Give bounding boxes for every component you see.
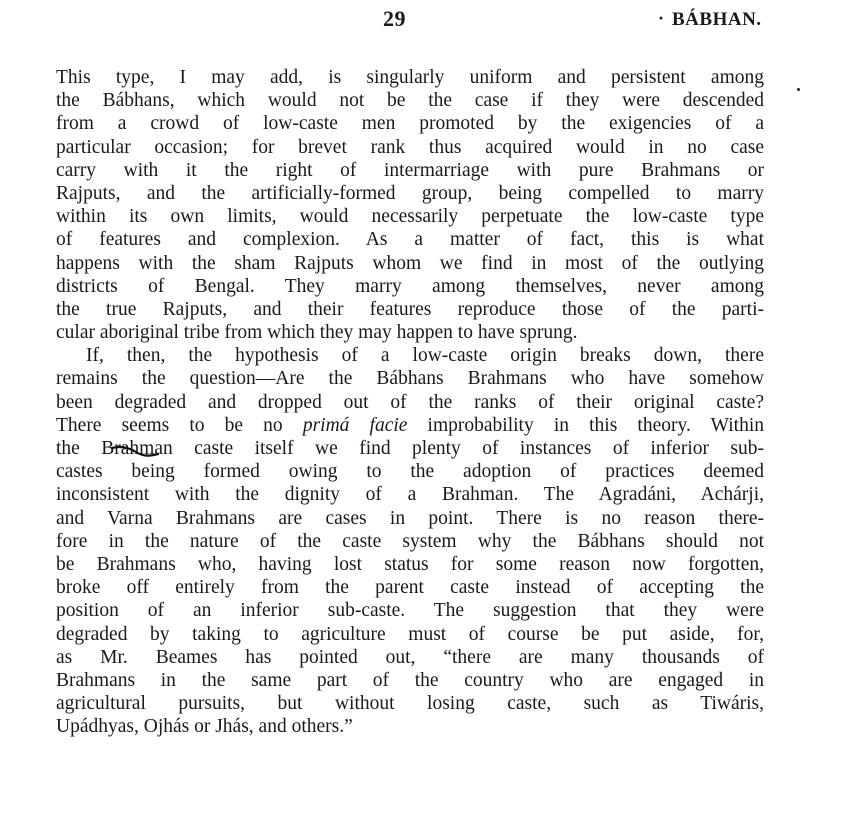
- text-line: particular occasion; for brevet rank thu…: [56, 136, 764, 159]
- text-line: inconsistent with the dignity of a Brahm…: [56, 483, 764, 506]
- text-line: been degraded and dropped out of the ran…: [56, 391, 764, 414]
- text-line-with-italic: There seems to be no primá facie improba…: [56, 414, 764, 437]
- text-line: broke off entirely from the parent caste…: [56, 576, 764, 599]
- text-line: position of an inferior sub-caste. The s…: [56, 599, 764, 622]
- text-line: the Bábhans, which would not be the case…: [56, 89, 764, 112]
- text-line: fore in the nature of the caste system w…: [56, 530, 764, 553]
- text-line: carry with it the right of intermarriage…: [56, 159, 764, 182]
- page-number: 29: [383, 6, 406, 32]
- text-line: Brahmans in the same part of the country…: [56, 669, 764, 692]
- text-span: improbability in this theory. Within: [407, 415, 764, 436]
- text-line: and Varna Brahmans are cases in point. T…: [56, 507, 764, 530]
- text-line: happens with the sham Rajputs whom we fi…: [56, 252, 764, 275]
- scanned-book-page: 29 · BÁBHAN. This type, I may add, is si…: [0, 0, 847, 831]
- text-line: Rajputs, and the artificially-formed gro…: [56, 182, 764, 205]
- text-line: degraded by taking to agriculture must o…: [56, 623, 764, 646]
- text-line: This type, I may add, is singularly unif…: [56, 66, 764, 89]
- text-line: agricultural pursuits, but without losin…: [56, 692, 764, 715]
- text-line-paragraph-end: Upádhyas, Ojhás or Jhás, and others.”: [56, 715, 764, 738]
- text-line: from a crowd of low-caste men promoted b…: [56, 112, 764, 135]
- text-span: There seems to be no: [56, 415, 303, 436]
- text-line: be Brahmans who, having lost status for …: [56, 553, 764, 576]
- text-line: as Mr. Beames has pointed out, “there ar…: [56, 646, 764, 669]
- text-line-paragraph-end: cular aboriginal tribe from which they m…: [56, 321, 764, 344]
- body-text: This type, I may add, is singularly unif…: [56, 66, 764, 738]
- text-line: the true Rajputs, and their features rep…: [56, 298, 764, 321]
- running-head: BÁBHAN.: [672, 9, 762, 31]
- text-line: within its own limits, would necessarily…: [56, 205, 764, 228]
- text-line: castes being formed owing to the adoptio…: [56, 460, 764, 483]
- text-line: districts of Bengal. They marry among th…: [56, 275, 764, 298]
- text-line-paragraph-start: If, then, the hypothesis of a low-caste …: [56, 344, 764, 367]
- header-dot: ·: [658, 8, 664, 29]
- italic-phrase: primá facie: [303, 415, 408, 436]
- stray-ink-mark: [797, 88, 800, 91]
- text-line: of features and complexion. As a matter …: [56, 228, 764, 251]
- page-header: 29 · BÁBHAN.: [0, 6, 847, 36]
- text-line: remains the question—Are the Bábhans Bra…: [56, 367, 764, 390]
- text-line: the Brahman caste itself we find plenty …: [56, 437, 764, 460]
- handwritten-underline-mark: [110, 444, 160, 460]
